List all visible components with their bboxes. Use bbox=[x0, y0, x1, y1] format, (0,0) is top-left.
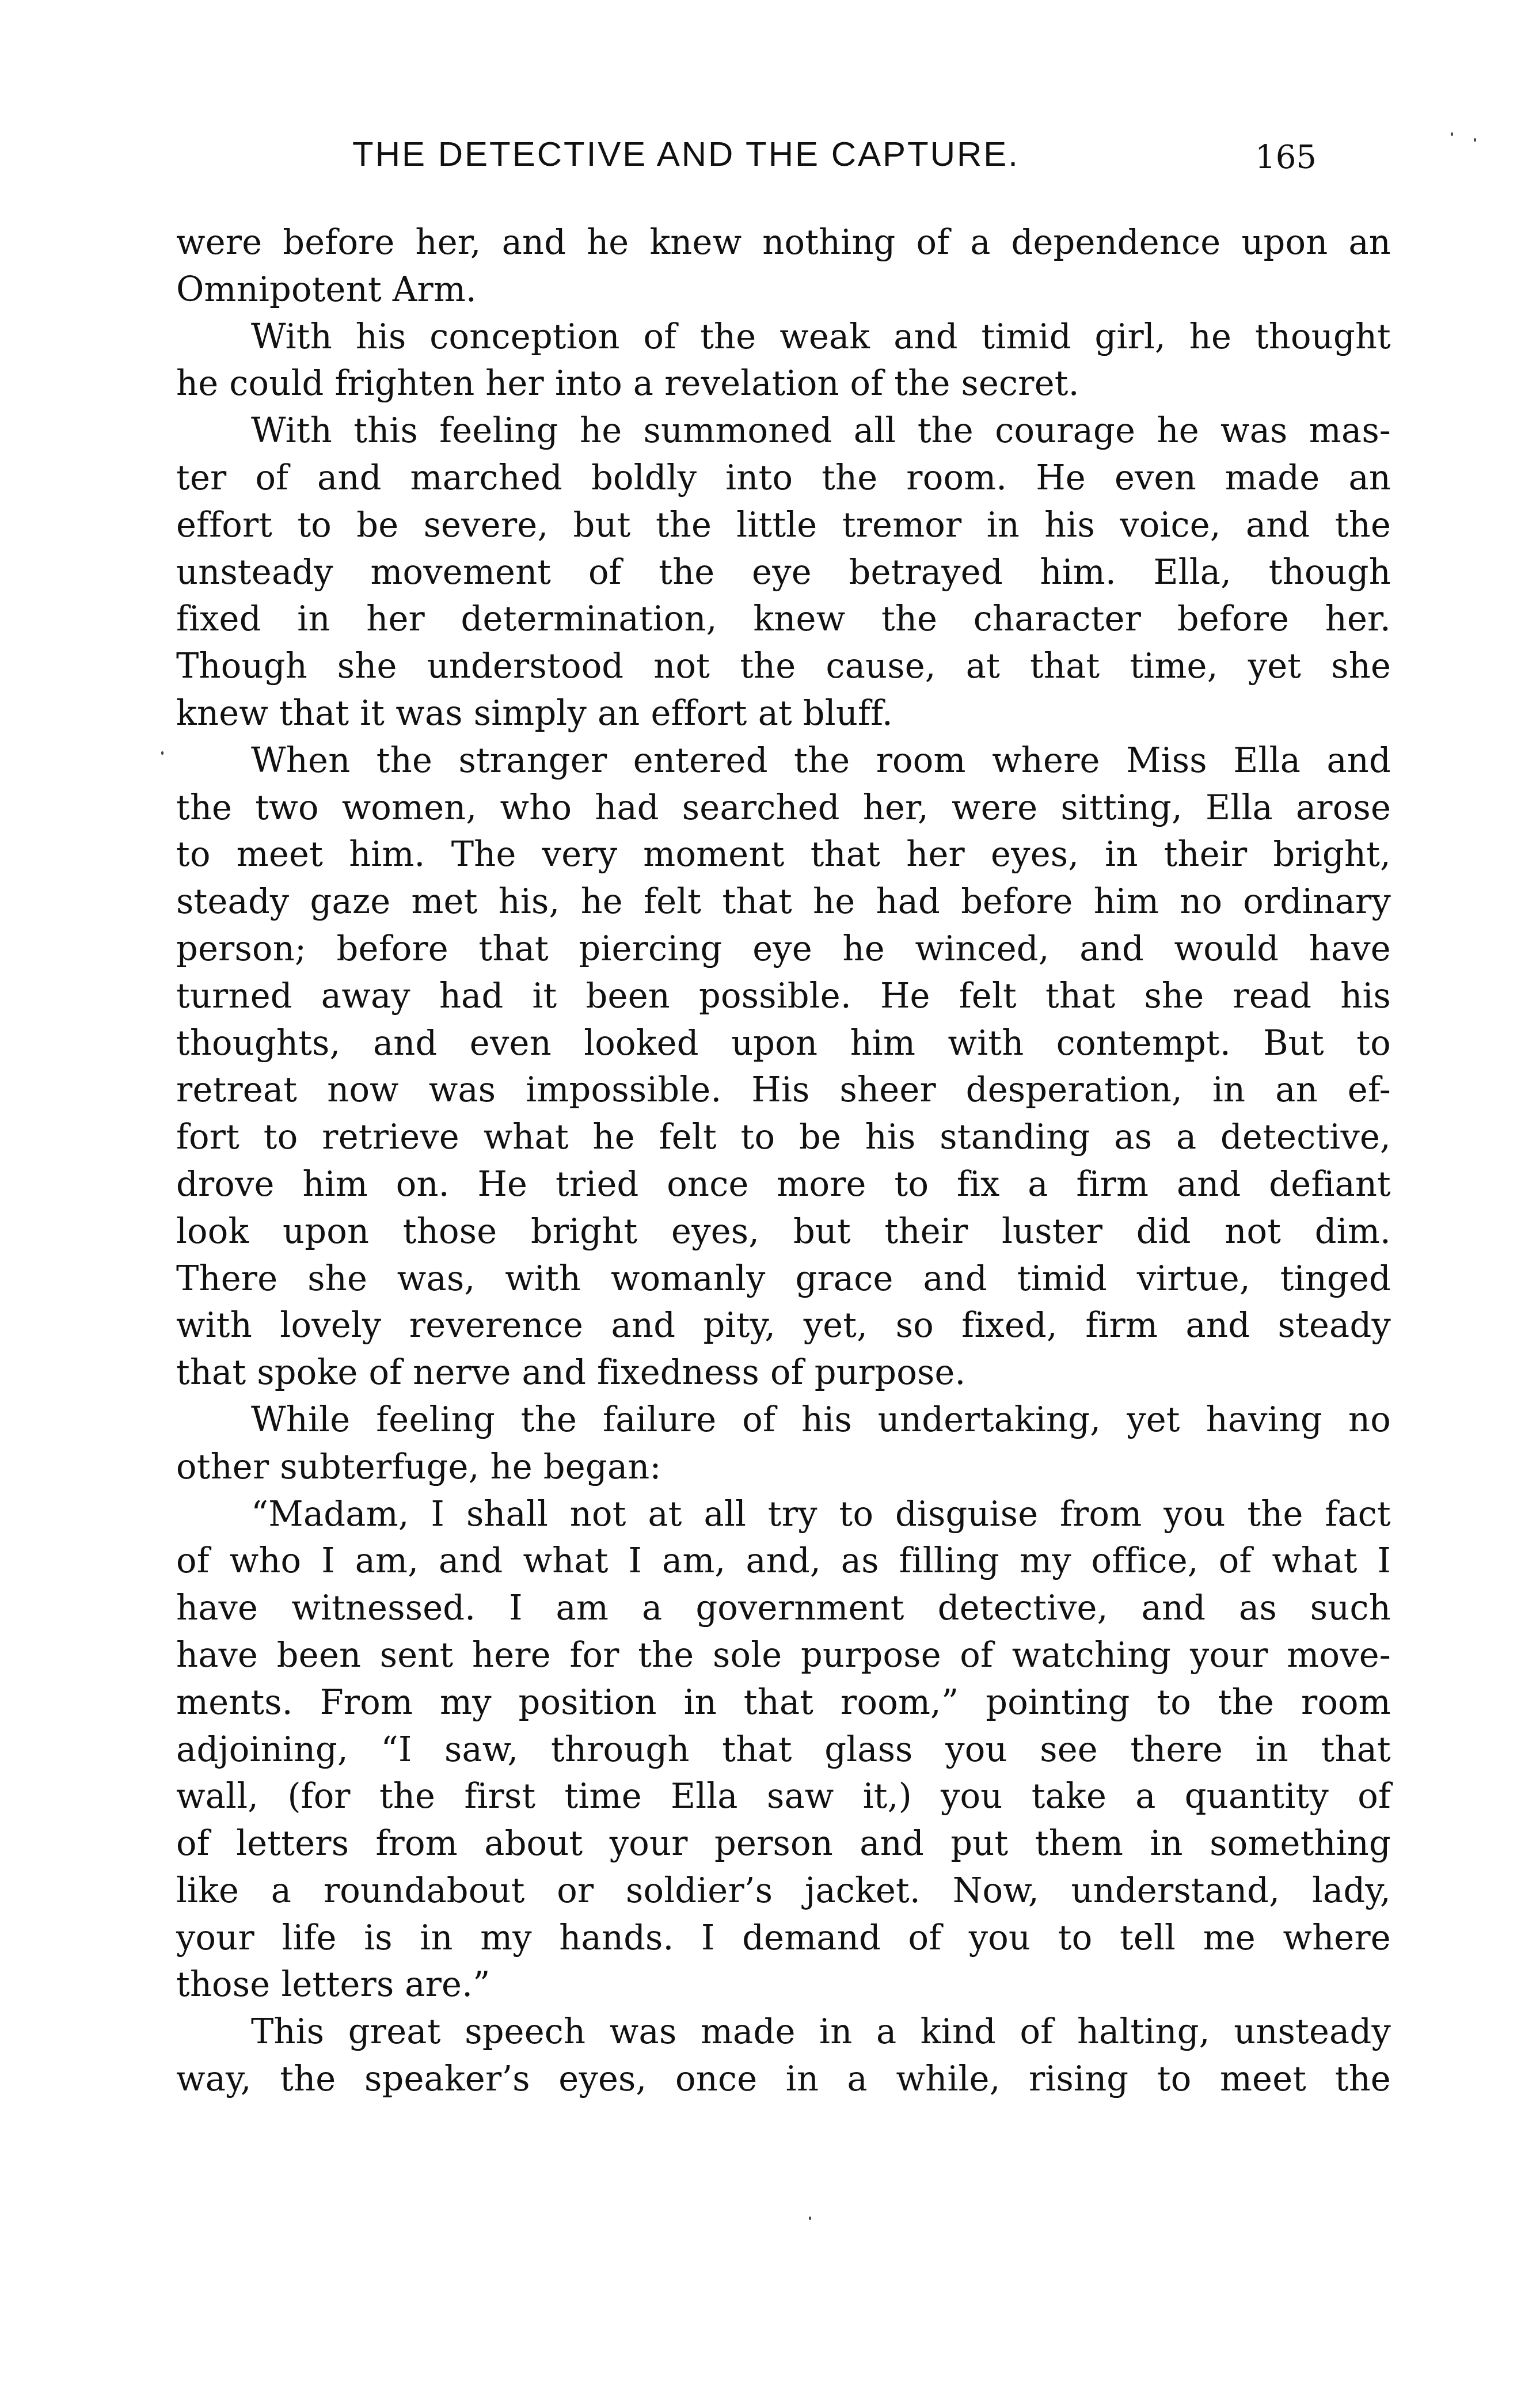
text-line: your life is in my hands. I demand of yo… bbox=[176, 1914, 1391, 1961]
scan-speck bbox=[1451, 132, 1453, 136]
text-line: those letters are.” bbox=[176, 1961, 1391, 2008]
text-line: ter of and marched boldly into the room.… bbox=[176, 454, 1391, 501]
text-line: wall, (for the first time Ella saw it,) … bbox=[176, 1773, 1391, 1820]
text-line: of letters from about your person and pu… bbox=[176, 1820, 1391, 1867]
text-line: effort to be severe, but the little trem… bbox=[176, 501, 1391, 549]
text-line: fixed in her determination, knew the cha… bbox=[176, 595, 1391, 643]
text-line: fort to retrieve what he felt to be his … bbox=[176, 1113, 1391, 1161]
text-line: Omnipotent Arm. bbox=[176, 266, 1391, 313]
scan-speck bbox=[809, 2217, 811, 2220]
text-line: the two women, who had searched her, wer… bbox=[176, 784, 1391, 831]
text-line: way, the speaker’s eyes, once in a while… bbox=[176, 2055, 1391, 2103]
text-line: “Madam, I shall not at all try to disgui… bbox=[176, 1491, 1391, 1538]
text-line: he could frighten her into a revelation … bbox=[176, 360, 1391, 407]
text-line: were before her, and he knew nothing of … bbox=[176, 219, 1391, 266]
text-line: ments. From my position in that room,” p… bbox=[176, 1679, 1391, 1726]
text-line: With his conception of the weak and timi… bbox=[176, 313, 1391, 360]
text-line: This great speech was made in a kind of … bbox=[176, 2008, 1391, 2055]
scan-speck bbox=[161, 751, 163, 755]
text-line: of who I am, and what I am, and, as fill… bbox=[176, 1537, 1391, 1584]
text-line: With this feeling he summoned all the co… bbox=[176, 407, 1391, 454]
text-line: to meet him. The very moment that her ey… bbox=[176, 831, 1391, 878]
text-line: thoughts, and even looked upon him with … bbox=[176, 1020, 1391, 1067]
running-head: THE DETECTIVE AND THE CAPTURE. 165 bbox=[352, 131, 1412, 177]
text-line: other subterfuge, he began: bbox=[176, 1443, 1391, 1491]
text-line: unsteady movement of the eye betrayed hi… bbox=[176, 549, 1391, 596]
text-line: like a roundabout or soldier’s jacket. N… bbox=[176, 1867, 1391, 1914]
text-line: with lovely reverence and pity, yet, so … bbox=[176, 1302, 1391, 1349]
body-text: were before her, and he knew nothing of … bbox=[176, 219, 1391, 2103]
text-line: have been sent here for the sole purpose… bbox=[176, 1632, 1391, 1679]
text-line: While feeling the failure of his underta… bbox=[176, 1396, 1391, 1443]
text-line: turned away had it been possible. He fel… bbox=[176, 972, 1391, 1020]
text-line: that spoke of nerve and fixedness of pur… bbox=[176, 1349, 1391, 1396]
text-line: adjoining, “I saw, through that glass yo… bbox=[176, 1726, 1391, 1773]
scan-speck bbox=[1474, 138, 1476, 142]
text-line: steady gaze met his, he felt that he had… bbox=[176, 878, 1391, 925]
text-line: When the stranger entered the room where… bbox=[176, 737, 1391, 784]
book-page: THE DETECTIVE AND THE CAPTURE. 165 were … bbox=[0, 0, 1540, 2395]
text-line: retreat now was impossible. His sheer de… bbox=[176, 1066, 1391, 1113]
text-line: There she was, with womanly grace and ti… bbox=[176, 1255, 1391, 1302]
text-line: have witnessed. I am a government detect… bbox=[176, 1584, 1391, 1632]
text-line: drove him on. He tried once more to fix … bbox=[176, 1161, 1391, 1208]
text-line: Though she understood not the cause, at … bbox=[176, 643, 1391, 690]
page-number: 165 bbox=[1255, 135, 1317, 181]
text-line: knew that it was simply an effort at blu… bbox=[176, 690, 1391, 737]
running-title: THE DETECTIVE AND THE CAPTURE. bbox=[352, 131, 1020, 177]
text-line: look upon those bright eyes, but their l… bbox=[176, 1208, 1391, 1255]
text-line: person; before that piercing eye he winc… bbox=[176, 925, 1391, 972]
